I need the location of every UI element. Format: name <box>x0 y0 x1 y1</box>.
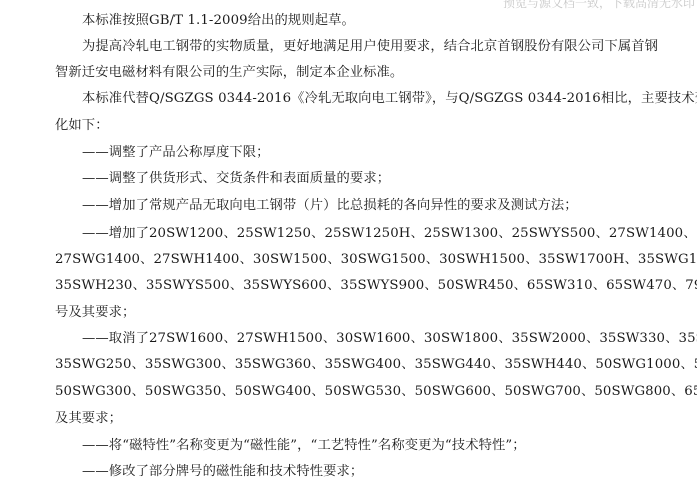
paragraph-purpose-cont: 智新迁安电磁材料有限公司的生产实际，制定本企业标准。 <box>55 64 685 82</box>
change-item-added-grades-cont-3: 号及其要求； <box>55 304 685 322</box>
change-item-removed-grades-cont-3: 及其要求； <box>55 410 685 428</box>
paragraph-replacement-cont: 化如下： <box>55 117 685 135</box>
watermark-text: 预览与源文档一致，下载高清无水印 <box>503 0 695 11</box>
change-item-anisotropy: ——增加了常规产品无取向电工钢带（片）比总损耗的各向异性的要求及测试方法； <box>82 197 697 215</box>
change-item-modified-properties: ——修改了部分牌号的磁性能和技术特性要求； <box>82 463 697 481</box>
change-item-added-grades-cont-1: 27SWG1400、27SWH1400、30SW1500、30SWG1500、3… <box>55 251 685 269</box>
change-item-thickness: ——调整了产品公称厚度下限； <box>82 144 697 162</box>
paragraph-drafting-rules: 本标准按照GB/T 1.1-2009给出的规则起草。 <box>82 12 697 30</box>
change-item-added-grades-cont-2: 35SWH230、35SWYS500、35SWYS600、35SWYS900、5… <box>55 277 685 295</box>
paragraph-purpose: 为提高冷轧电工钢带的实物质量，更好地满足用户使用要求，结合北京首钢股份有限公司下… <box>82 38 697 56</box>
change-item-supply: ——调整了供货形式、交货条件和表面质量的要求； <box>82 170 697 188</box>
change-item-renaming: ——将“磁特性”名称变更为“磁性能”，“工艺特性”名称变更为“技术特性”； <box>82 437 697 455</box>
change-item-added-grades: ——增加了20SW1200、25SW1250、25SW1250H、25SW130… <box>82 225 697 243</box>
paragraph-replacement: 本标准代替Q/SGZGS 0344-2016《冷轧无取向电工钢带》，与Q/SGZ… <box>82 90 697 108</box>
change-item-removed-grades: ——取消了27SW1600、27SWH1500、30SW1600、30SW180… <box>82 330 697 348</box>
change-item-removed-grades-cont-2: 50SWG300、50SWG350、50SWG400、50SWG530、50SW… <box>55 383 685 401</box>
change-item-removed-grades-cont-1: 35SWG250、35SWG300、35SWG360、35SWG400、35SW… <box>55 356 685 374</box>
